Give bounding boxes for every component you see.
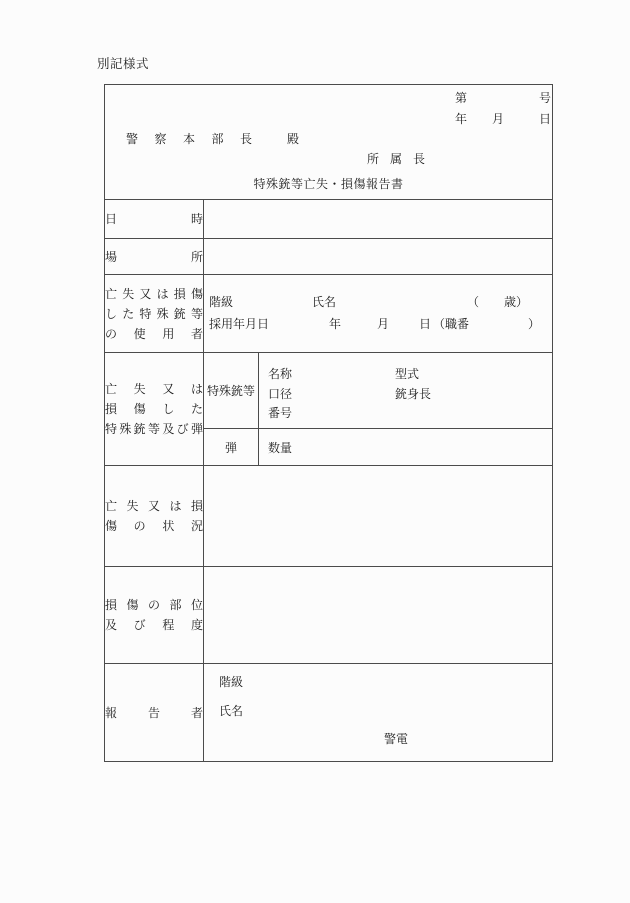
form-title: 特殊銃等亡失・損傷報告書	[105, 178, 552, 191]
gun-value-cell: 名称 型式 口径 銃身長 番号	[259, 353, 553, 429]
user-rank-label: 階級	[209, 296, 233, 309]
reporter-police-phone-label: 警電	[384, 733, 408, 746]
doc-number-suffix: 号	[539, 92, 551, 105]
ammo-header-cell: 弾	[204, 429, 259, 466]
item-label-line3: 特殊銃等及び弾	[105, 419, 203, 439]
gun-name-label: 名称	[268, 368, 292, 381]
situation-label-line2: 傷の状況	[105, 516, 203, 536]
user-label-line2: した特殊銃等	[105, 304, 203, 324]
datetime-label: 日時	[105, 212, 203, 226]
ammo-quantity-label: 数量	[268, 442, 292, 455]
addressee: 警察本部長	[126, 133, 269, 146]
situation-value-cell	[204, 466, 553, 567]
datetime-value-cell	[204, 200, 553, 239]
date-day-label: 日	[539, 113, 551, 126]
form-header-cell: 第 号 年 月 日 警察本部長 殿 所属長 特殊銃等亡失・損傷報告書	[105, 85, 553, 200]
user-job-number-close: ）	[528, 318, 540, 331]
user-age-paren-close: 歳）	[504, 296, 528, 309]
place-label-cell: 場所	[105, 239, 204, 275]
ammo-value-cell: 数量	[259, 429, 553, 466]
ammo-header-label: 弾	[225, 441, 237, 455]
place-label: 場所	[105, 250, 203, 264]
datetime-label-cell: 日時	[105, 200, 204, 239]
user-age-paren-open: （	[467, 296, 479, 309]
user-label-cell: 亡失又は損傷 した特殊銃等 の使用者	[105, 275, 204, 353]
user-value-cell: 階級 氏名 （ 歳） 採用年月日 年 月 日 （職番 ）	[204, 275, 553, 353]
gun-header-label: 特殊銃等	[207, 384, 255, 398]
damage-label-line2: 及び程度	[105, 615, 203, 635]
user-label-line1: 亡失又は損傷	[105, 284, 203, 304]
user-year-label: 年	[329, 318, 341, 331]
form-style-note: 別記様式	[97, 57, 149, 72]
gun-number-label: 番号	[268, 407, 292, 420]
place-value-cell	[204, 239, 553, 275]
situation-label-line1: 亡失又は損	[105, 496, 203, 516]
report-form-table: 第 号 年 月 日 警察本部長 殿 所属長 特殊銃等亡失・損傷報告書 日時 場所	[104, 84, 553, 762]
gun-model-label: 型式	[395, 368, 419, 381]
item-label-line1: 亡失又は	[105, 379, 203, 399]
user-month-label: 月	[377, 318, 389, 331]
damage-label-line1: 損傷の部位	[105, 595, 203, 615]
gun-barrel-label: 銃身長	[395, 388, 431, 401]
reporter-name-label: 氏名	[219, 705, 243, 718]
sender-title: 所属長	[367, 153, 436, 166]
gun-header-cell: 特殊銃等	[204, 353, 259, 429]
reporter-rank-label: 階級	[219, 676, 243, 689]
user-label-line3: の使用者	[105, 324, 203, 344]
user-hire-date-label: 採用年月日	[209, 318, 269, 331]
gun-caliber-label: 口径	[268, 388, 292, 401]
doc-number-prefix: 第	[455, 92, 467, 105]
user-name-label: 氏名	[312, 296, 336, 309]
item-label-line2: 損傷した	[105, 399, 203, 419]
user-job-number-open: （職番	[433, 318, 469, 331]
damage-value-cell	[204, 567, 553, 664]
reporter-label-cell: 報告者	[105, 664, 204, 762]
damage-label-cell: 損傷の部位 及び程度	[105, 567, 204, 664]
item-label-cell: 亡失又は 損傷した 特殊銃等及び弾	[105, 353, 204, 466]
reporter-label: 報告者	[105, 706, 203, 720]
date-year-label: 年	[455, 113, 467, 126]
document-page: 別記様式 第 号 年 月 日 警察本部長 殿 所属長 特殊銃等亡失・損傷報告書	[0, 0, 630, 903]
addressee-honorific: 殿	[287, 133, 299, 146]
user-day-label: 日	[419, 318, 431, 331]
situation-label-cell: 亡失又は損 傷の状況	[105, 466, 204, 567]
reporter-value-cell: 階級 氏名 警電	[204, 664, 553, 762]
date-month-label: 月	[492, 113, 504, 126]
